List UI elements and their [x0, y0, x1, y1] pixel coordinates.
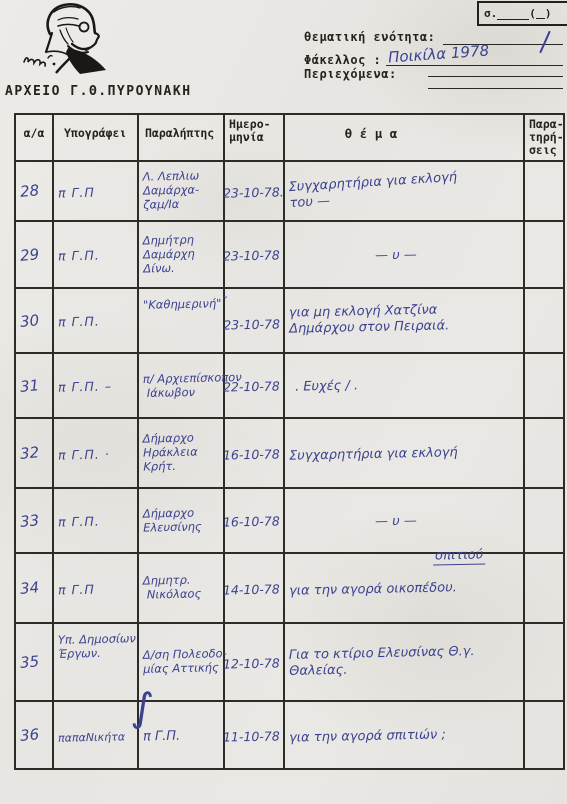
thematic-unit-label: θεματική ενότητα:: [304, 30, 435, 44]
paren-open: (: [529, 7, 536, 20]
table-row: 35 Υπ. Δημοσίων Έργων. Δ/ση Πολεοδο- μία…: [15, 623, 564, 701]
signer-handwriting: π Γ.Π.: [58, 314, 100, 330]
entry-number: 28: [19, 181, 40, 201]
paren-blank: [536, 8, 545, 19]
contents-label: Περιεχόμενα:: [304, 67, 397, 81]
folder-blank-line: [386, 64, 563, 66]
notes-cell: [524, 701, 564, 769]
signer-handwriting: π Γ.Π: [58, 581, 95, 597]
table-row: 29 π Γ.Π. Δημήτρη Δαμάρχη Δίνω. 23-10-78…: [15, 221, 564, 288]
col-header-signer: Υπογράφει: [64, 127, 126, 140]
pen-stroke: [539, 31, 551, 54]
recipient-handwriting: Λ. Λεπλιω Δαμάρχα- ζαμ/Ια: [143, 170, 200, 213]
notes-cell: [524, 161, 564, 221]
subject-insertion-handwriting: σπιτιού: [433, 547, 486, 565]
subject-handwriting: Συγχαρητήρια για εκλογή του —: [288, 170, 458, 213]
recipient-handwriting: "Καθημερινή": [143, 297, 222, 312]
recipient-handwriting: π Γ.Π.: [143, 729, 181, 745]
portrait-ink-sketch: [10, 0, 120, 75]
recipient-handwriting: Δήμαρχο Ηράκλεια Κρήτ.: [143, 432, 199, 475]
signer-handwriting: π Γ.Π: [58, 184, 95, 200]
entry-number: 29: [19, 245, 40, 265]
entry-number: 36: [19, 725, 40, 745]
signer-handwriting: π Γ.Π. ·: [58, 446, 110, 463]
entry-number: 31: [19, 376, 40, 396]
notes-cell: [524, 418, 564, 488]
table-header-row: α/α Υπογράφει Παραλήπτης Ημερο- μηνία θ …: [15, 114, 564, 161]
archive-title: ΑΡΧΕΙΟ Γ.Θ.ΠΥΡΟΥΝΑΚΗ: [5, 84, 192, 99]
col-header-num: α/α: [24, 127, 45, 140]
entry-number: 34: [19, 578, 40, 598]
table-row: 28 π Γ.Π Λ. Λεπλιω Δαμάρχα- ζαμ/Ια 23-10…: [15, 161, 564, 221]
notes-cell: [524, 488, 564, 553]
col-header-date: Ημερο- μηνία: [229, 118, 271, 144]
col-header-subject: θ έ μ α: [345, 127, 398, 141]
folder-label: Φάκελλος :: [304, 53, 381, 67]
date-handwriting: ″ 23-10-78: [223, 288, 281, 337]
page-number-box: σ. ( ): [477, 1, 567, 26]
signer-handwriting: π Γ.Π.: [58, 248, 100, 264]
date-handwriting: 16-10-78: [223, 513, 280, 530]
paren-close: ): [545, 7, 552, 20]
page-number-label: σ.: [484, 7, 497, 20]
table-row: 33 π Γ.Π. Δήμαρχο Ελευσίνης 16-10-78 — υ…: [15, 488, 564, 553]
recipient-handwriting: Δημήτρη Δαμάρχη Δίνω.: [143, 233, 196, 275]
recipient-handwriting: Δημητρ. Νικόλαος: [143, 573, 202, 602]
signer-handwriting: παπαΝικήτα: [58, 730, 125, 745]
entry-number: 35: [19, 652, 40, 672]
subject-handwriting: Συγχαρητήρια για εκλογή: [289, 445, 458, 465]
subject-handwriting: Για το κτίριο Ελευσίνας Θ.γ. Θαλείας.: [289, 644, 475, 680]
table-row: 31 π Γ.Π. – π/ Αρχιεπίσκοπον Ιάκωβον 22-…: [15, 353, 564, 418]
signer-handwriting: π Γ.Π.: [58, 514, 100, 530]
subject-handwriting: για την αγορά σπιτιών ;: [289, 727, 446, 747]
date-handwriting: 12-10-78: [223, 655, 280, 672]
recipient-handwriting: Δήμαρχο Ελευσίνης: [143, 506, 202, 535]
signer-handwriting: π Γ.Π. –: [58, 378, 112, 395]
subject-handwriting: — υ —: [375, 514, 417, 531]
table-row: 34 π Γ.Π Δημητρ. Νικόλαος 14-10-78 για τ…: [15, 553, 564, 623]
subject-handwriting: για μη εκλογή Χατζίνα Δημάρχου στον Πειρ…: [289, 303, 450, 339]
date-handwriting: 14-10-78: [223, 581, 280, 598]
notes-cell: [524, 553, 564, 623]
artist-signature: [24, 56, 55, 66]
subject-handwriting: για την αγορά οικοπέδου.: [289, 580, 457, 600]
date-handwriting: 23-10-78: [223, 247, 280, 264]
date-handwriting: 23-10-78.: [223, 184, 284, 201]
contents-blank-line-2: [428, 87, 563, 89]
subject-handwriting: . Ευχές / .: [295, 379, 358, 397]
table-row: 36 παπαΝικήτα ∫ π Γ.Π. 11-10-78 για την …: [15, 701, 564, 769]
notes-cell: [524, 288, 564, 353]
table-row: 32 π Γ.Π. · Δήμαρχο Ηράκλεια Κρήτ. 16-10…: [15, 418, 564, 488]
notes-cell: [524, 353, 564, 418]
entry-number: 32: [19, 443, 40, 463]
notes-cell: [524, 221, 564, 288]
scanned-document: ΑΡΧΕΙΟ Γ.Θ.ΠΥΡΟΥΝΑΚΗ σ. ( ) θεματική ενό…: [0, 0, 567, 804]
table-row: 30 π Γ.Π. "Καθημερινή" ″ 23-10-78 για μη…: [15, 288, 564, 353]
contents-blank-line-1: [428, 75, 563, 77]
entry-number: 30: [19, 311, 40, 331]
date-handwriting: 16-10-78: [223, 446, 280, 463]
subject-handwriting: — υ —: [375, 248, 417, 265]
registry-table: α/α Υπογράφει Παραλήπτης Ημερο- μηνία θ …: [14, 113, 565, 770]
page-number-blank: [497, 7, 529, 20]
signer-handwriting: Υπ. Δημοσίων Έργων.: [58, 631, 137, 661]
notes-cell: [524, 623, 564, 701]
col-header-notes: Παρα- τηρή- σεις: [529, 118, 564, 158]
entry-number: 33: [19, 511, 40, 531]
recipient-handwriting: Δ/ση Πολεοδο- μίας Αττικής: [143, 647, 227, 676]
col-header-recipient: Παραλήπτης: [145, 127, 214, 140]
date-handwriting: 11-10-78: [223, 728, 280, 745]
date-handwriting: 22-10-78: [223, 378, 280, 395]
